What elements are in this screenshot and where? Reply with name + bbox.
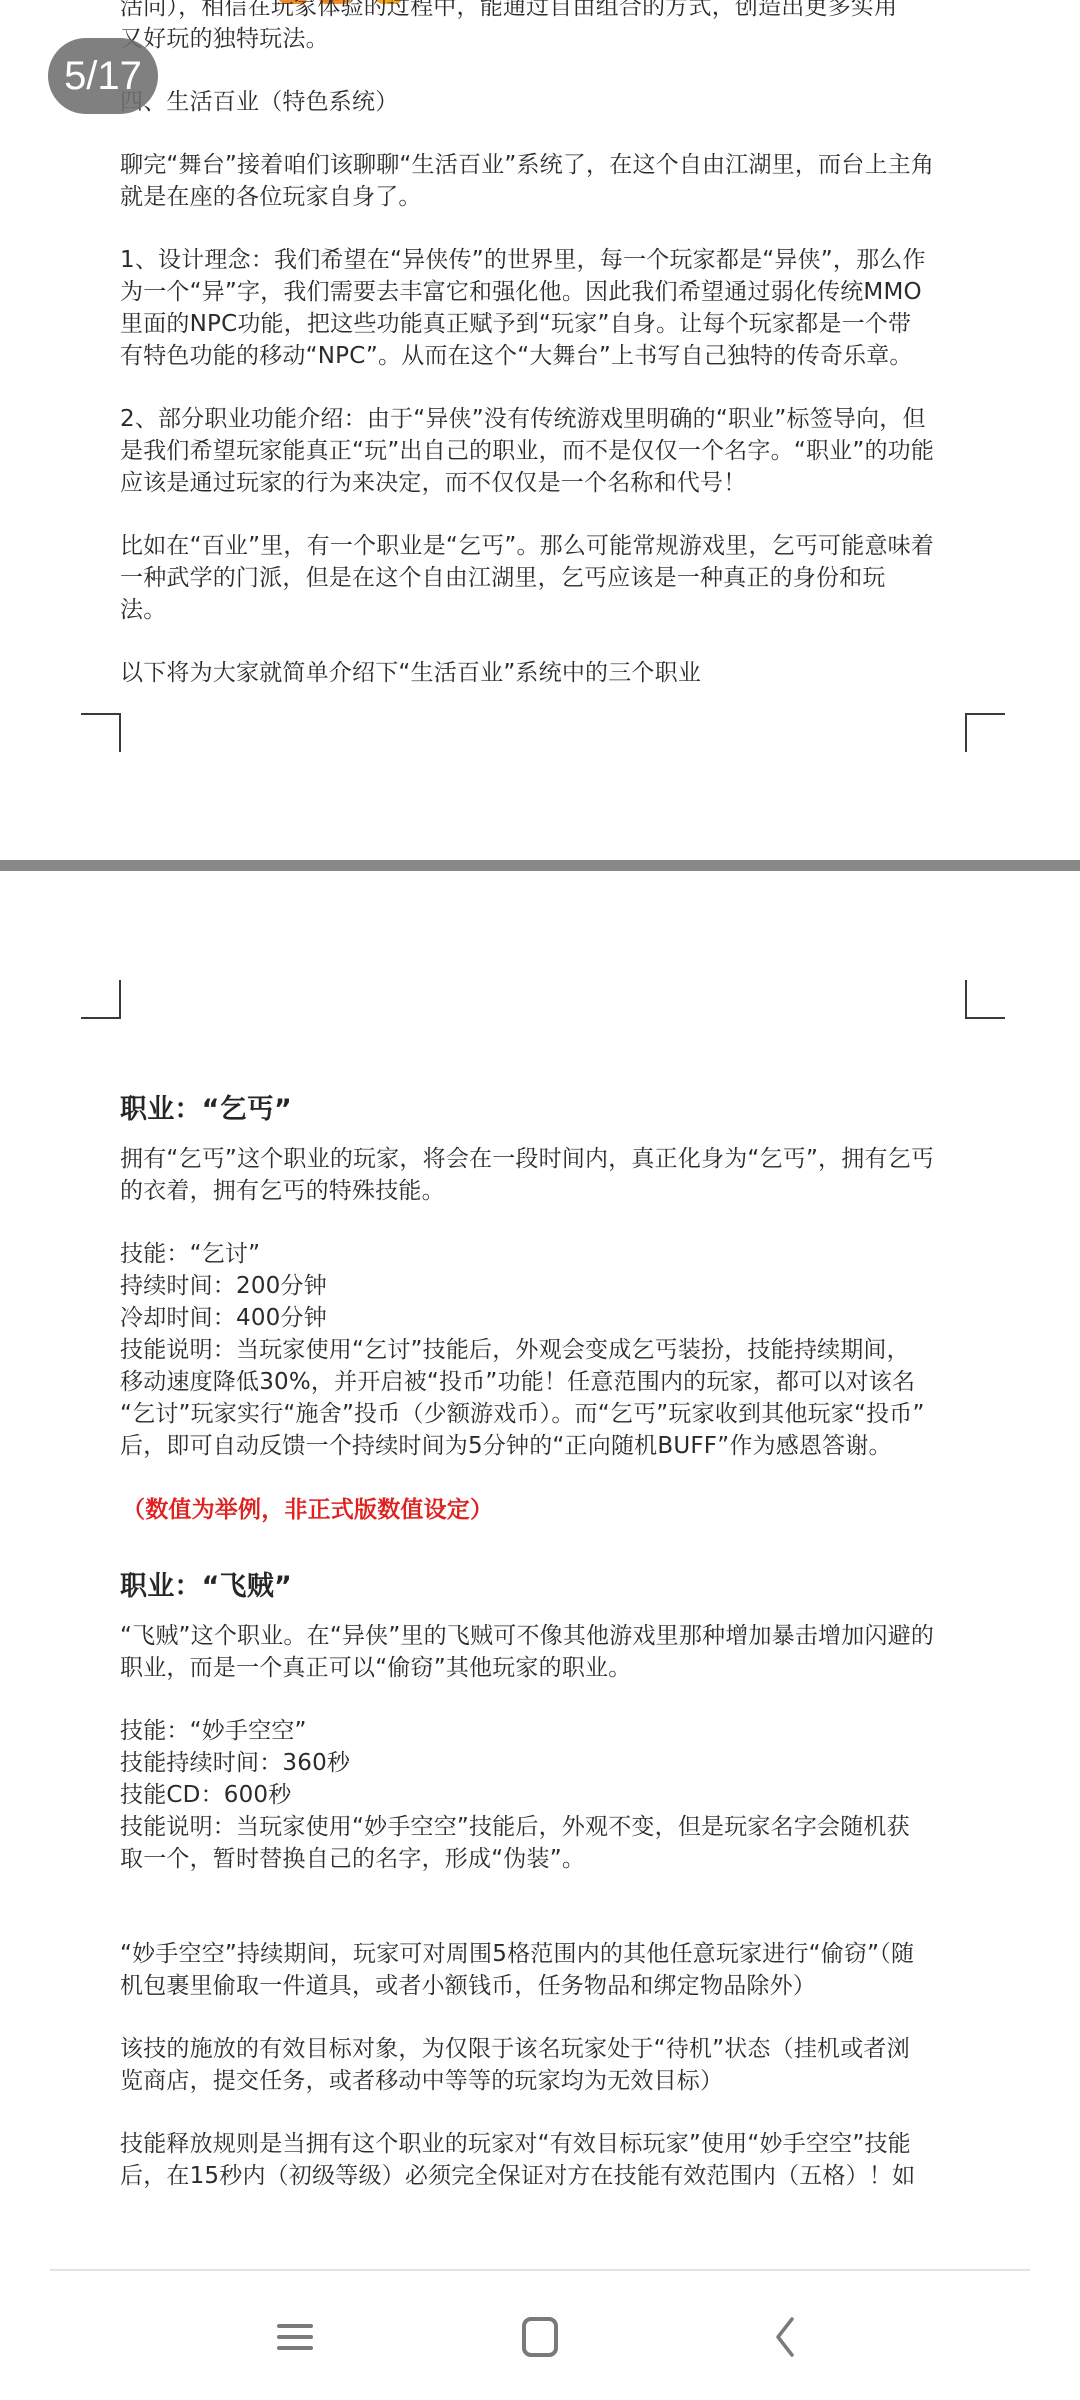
paragraph-line: 技能释放规则是当拥有这个职业的玩家对“有效目标玩家”使用“妙手空空”技能 — [120, 2128, 980, 2160]
paragraph-line: 后，即可自动反馈一个持续时间为5分钟的“正向随机BUFF”作为感恩答谢。 — [120, 1430, 980, 1462]
paragraph-line: 该技的施放的有效目标对象，为仅限于该名玩家处于“待机”状态（挂机或者浏 — [120, 2033, 980, 2065]
skill-cooldown: 冷却时间：400分钟 — [120, 1302, 980, 1334]
paragraph-line: 的衣着，拥有乞丐的特殊技能。 — [120, 1175, 980, 1207]
paragraph-line: 以下将为大家就简单介绍下“生活百业”系统中的三个职业 — [120, 657, 980, 689]
paragraph-line: 里面的NPC功能，把这些功能真正赋予到“玩家”自身。让每个玩家都是一个带 — [120, 308, 980, 340]
paragraph-line: 有特色功能的移动“NPC”。从而在这个“大舞台”上书写自己独特的传奇乐章。 — [120, 340, 980, 372]
margin-corner-mark — [81, 713, 121, 752]
paragraph-line: 职业，而是一个真正可以“偷窃”其他玩家的职业。 — [120, 1652, 980, 1684]
skill-name: 技能：“乞讨” — [120, 1238, 980, 1270]
page-separator — [0, 860, 1080, 871]
navbar-divider — [50, 2269, 1030, 2271]
paragraph-line: 法。 — [120, 594, 980, 626]
back-button[interactable] — [750, 2302, 820, 2372]
disclaimer-note: （数值为举例，非正式版数值设定） — [122, 1494, 982, 1526]
paragraph-line: “飞贼”这个职业。在“异侠”里的飞贼可不像其他游戏里那种增加暴击增加闪避的 — [120, 1620, 980, 1652]
paragraph-line: 技能说明：当玩家使用“妙手空空”技能后，外观不变，但是玩家名字会随机获 — [120, 1811, 980, 1843]
paragraph-line: 比如在“百业”里，有一个职业是“乞丐”。那么可能常规游戏里，乞丐可能意味着 — [120, 530, 980, 562]
home-icon — [520, 2315, 560, 2359]
paragraph-line: 为一个“异”字，我们需要去丰富它和强化他。因此我们希望通过弱化传统MMO — [120, 276, 980, 308]
skill-duration: 技能持续时间：360秒 — [120, 1747, 980, 1779]
paragraph-line: 览商店，提交任务，或者移动中等等的玩家均为无效目标） — [120, 2065, 980, 2097]
paragraph-line: 就是在座的各位玩家自身了。 — [120, 181, 980, 213]
system-navigation-bar — [0, 2272, 1080, 2400]
paragraph-line: 取一个，暂时替换自己的名字，形成“伪装”。 — [120, 1843, 980, 1875]
paragraph-line: 机包裹里偷取一件道具，或者小额钱币，任务物品和绑定物品除外） — [120, 1970, 980, 2002]
paragraph-line: 2、部分职业功能介绍：由于“异侠”没有传统游戏里明确的“职业”标签导向，但 — [120, 403, 980, 435]
skill-cooldown: 技能CD：600秒 — [120, 1779, 980, 1811]
section-heading: 四、生活百业（特色系统） — [120, 86, 980, 118]
paragraph-line: 又好玩的独特玩法。 — [120, 23, 980, 55]
paragraph-line: 聊完“舞台”接着咱们该聊聊“生活百业”系统了，在这个自由江湖里，而台上主角 — [120, 149, 980, 181]
paragraph-line: 1、设计理念：我们希望在“异侠传”的世界里，每一个玩家都是“异侠”，那么作 — [120, 244, 980, 276]
paragraph-line: 一种武学的门派，但是在这个自由江湖里，乞丐应该是一种真正的身份和玩 — [120, 562, 980, 594]
recent-apps-button[interactable] — [260, 2302, 330, 2372]
skill-duration: 持续时间：200分钟 — [120, 1270, 980, 1302]
back-chevron-icon — [770, 2315, 800, 2359]
profession-heading-beggar: 职业：“乞丐” — [120, 1094, 980, 1126]
paragraph-line: “乞讨”玩家实行“施舍”投币（少额游戏币）。而“乞丐”玩家收到其他玩家“投币” — [120, 1398, 980, 1430]
menu-icon — [275, 2317, 315, 2357]
paragraph-line: 应该是通过玩家的行为来决定，而不仅仅是一个名称和代号！ — [120, 467, 980, 499]
paragraph-line: 活向），相信在玩家体验的过程中，能通过自由组合的方式，创造出更多实用 — [120, 0, 980, 23]
paragraph-line: 技能说明：当玩家使用“乞讨”技能后，外观会变成乞丐装扮，技能持续期间， — [120, 1334, 980, 1366]
margin-corner-mark — [81, 980, 121, 1019]
profession-heading-thief: 职业：“飞贼” — [120, 1571, 980, 1603]
margin-corner-mark — [965, 980, 1005, 1019]
paragraph-line: 移动速度降低30%，并开启被“投币”功能！任意范围内的玩家，都可以对该名 — [120, 1366, 980, 1398]
paragraph-line: 拥有“乞丐”这个职业的玩家，将会在一段时间内，真正化身为“乞丐”，拥有乞丐 — [120, 1143, 980, 1175]
paragraph-line: 后，在15秒内（初级等级）必须完全保证对方在技能有效范围内（五格）！如 — [120, 2160, 980, 2192]
paragraph-line: 是我们希望玩家能真正“玩”出自己的职业，而不是仅仅一个名字。“职业”的功能 — [120, 435, 980, 467]
margin-corner-mark — [965, 713, 1005, 752]
skill-name: 技能：“妙手空空” — [120, 1715, 980, 1747]
home-button[interactable] — [505, 2302, 575, 2372]
paragraph-line: “妙手空空”持续期间，玩家可对周围5格范围内的其他任意玩家进行“偷窃”（随 — [120, 1938, 980, 1970]
page-indicator-badge: 5/17 — [48, 38, 158, 114]
